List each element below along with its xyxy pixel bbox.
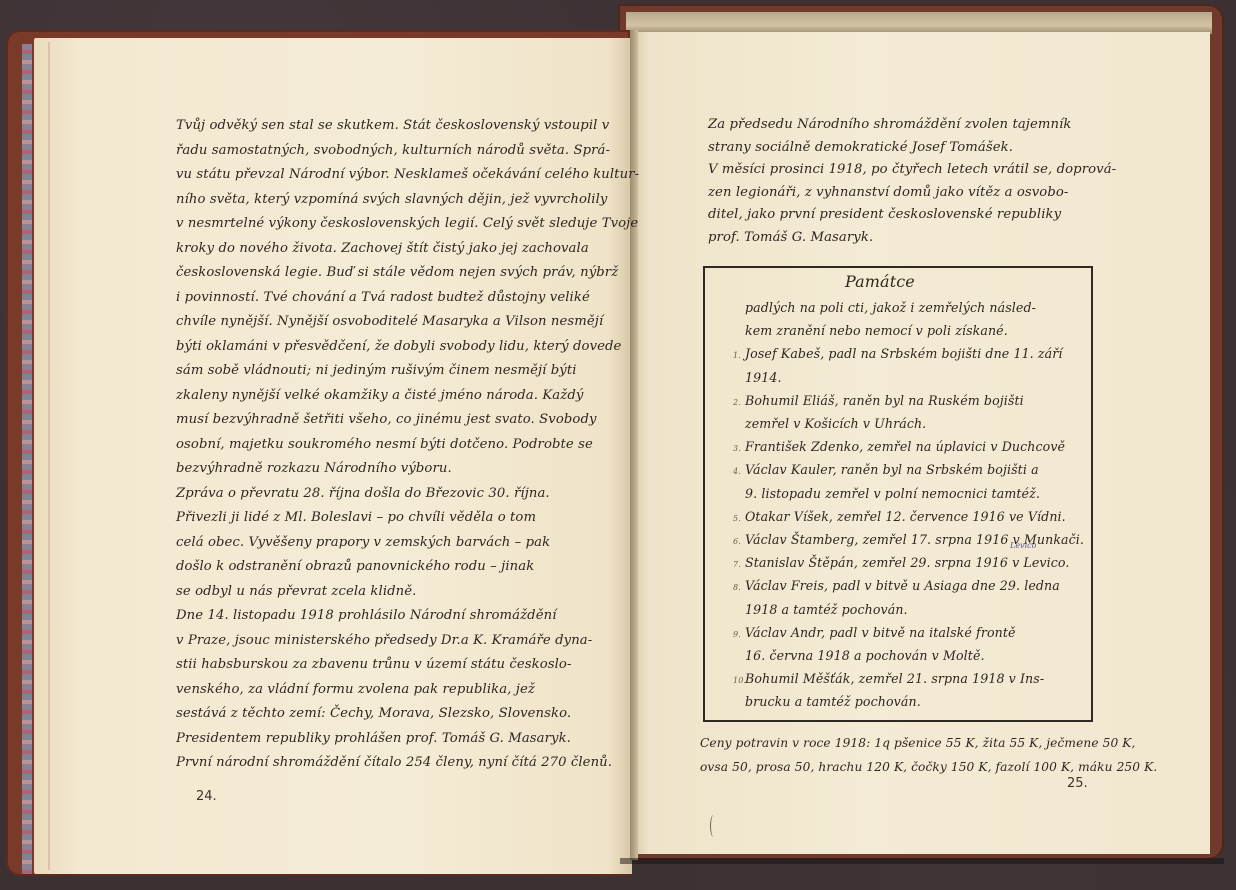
left-page-number: 24. [196,789,217,804]
text-line: stii habsburskou za zbavenu trůnu v územ… [176,653,596,678]
memorial-subtitle: kem zranění nebo nemocí v poli získané. [745,319,1090,342]
text-line: sám sobě vládnouti; ni jediným rušivým č… [176,359,596,384]
page-shadow [620,858,1224,864]
text-line: kroky do nového života. Zachovej štít či… [176,237,596,262]
entry-continuation: 1914. [745,366,1090,389]
text-line: ního světa, který vzpomíná svých slavnýc… [176,188,596,213]
text-line: Dne 14. listopadu 1918 prohlásilo Národn… [176,604,596,629]
entry-number: 1. [733,344,741,367]
entry-text: František Zdenko, zemřel na úplavici v D… [745,439,1065,454]
left-page-text: Tvůj odvěký sen stal se skutkem. Stát če… [176,114,596,776]
memorial-entry: 8.Václav Freis, padl v bitvě u Asiaga dn… [745,574,1090,597]
entry-text: Václav Andr, padl v bitvě na italské fro… [745,625,1016,640]
pencil-annotation: Levico [1010,541,1036,550]
entry-number: 4. [733,460,741,483]
right-page-intro: Za předsedu Národního shromáždění zvolen… [708,114,1128,249]
text-line: Přivezli ji lidé z Ml. Boleslavi – po ch… [176,506,596,531]
text-line: osobní, majetku soukromého nesmí býti do… [176,433,596,458]
entry-number: 9. [733,623,741,646]
pencil-mark [710,815,717,837]
text-line: prof. Tomáš G. Masaryk. [708,227,1128,250]
text-line: V měsíci prosinci 1918, po čtyřech letec… [708,159,1128,182]
entry-continuation: 9. listopadu zemřel v polní nemocnici ta… [745,482,1090,505]
text-line: došlo k odstranění obrazů panovnického r… [176,555,596,580]
right-page-number: 25. [1067,776,1088,791]
entry-number: 7. [733,553,741,576]
entry-text: Josef Kabeš, padl na Srbském bojišti dne… [745,346,1062,361]
memorial-list: padlých na poli cti, jakož i zemřelých n… [745,296,1090,714]
entry-continuation: zemřel v Košicích v Uhrách. [745,412,1090,435]
text-line: československá legie. Buď si stále vědom… [176,261,596,286]
text-line: vu státu převzal Národní výbor. Nesklame… [176,163,596,188]
memorial-entry: 7.Stanislav Štěpán, zemřel 29. srpna 191… [745,551,1090,574]
text-line: Presidentem republiky prohlášen prof. To… [176,727,596,752]
memorial-entry: 3.František Zdenko, zemřel na úplavici v… [745,435,1090,458]
entry-number: 2. [733,391,741,414]
memorial-subtitle: padlých na poli cti, jakož i zemřelých n… [745,296,1090,319]
text-line: ovsa 50, prosa 50, hrachu 120 K, čočky 1… [700,755,1120,779]
text-line: Zpráva o převratu 28. října došla do Bře… [176,482,596,507]
memorial-entry: 4.Václav Kauler, raněn byl na Srbském bo… [745,458,1090,481]
text-line: Za předsedu Národního shromáždění zvolen… [708,114,1128,137]
entry-continuation: 16. června 1918 a pochován v Moltě. [745,644,1090,667]
text-line: Tvůj odvěký sen stal se skutkem. Stát če… [176,114,596,139]
memorial-entry: 10.Bohumil Měšťák, zemřel 21. srpna 1918… [745,667,1090,690]
text-line: v Praze, jsouc ministerského předsedy Dr… [176,629,596,654]
text-line: celá obec. Vyvěšeny prapory v zemských b… [176,531,596,556]
entry-continuation: brucku a tamtéž pochován. [745,690,1090,713]
text-line: musí bezvýhradně šetřiti všeho, co jiném… [176,408,596,433]
entry-number: 5. [733,507,741,530]
text-line: zen legionáři, z vyhnanství domů jako ví… [708,182,1128,205]
book-gutter [630,30,638,860]
memorial-entry: 6.Václav Štamberg, zemřel 17. srpna 1916… [745,528,1090,551]
text-line: se odbyl u nás převrat zcela klidně. [176,580,596,605]
text-line: Ceny potravin v roce 1918: 1q pšenice 55… [700,731,1120,755]
entry-number: 8. [733,576,741,599]
text-line: zkaleny nynější velké okamžiky a čisté j… [176,384,596,409]
text-line: První národní shromáždění čítalo 254 čle… [176,751,596,776]
text-line: řadu samostatných, svobodných, kulturníc… [176,139,596,164]
text-line: chvíle nynější. Nynější osvoboditelé Mas… [176,310,596,335]
text-line: v nesmrtelné výkony československých leg… [176,212,596,237]
entry-text: Bohumil Eliáš, raněn byl na Ruském bojiš… [745,393,1024,408]
entry-number: 3. [733,437,741,460]
page-edge-line [48,42,50,870]
entry-text: Bohumil Měšťák, zemřel 21. srpna 1918 v … [745,671,1044,686]
memorial-entry: 1.Josef Kabeš, padl na Srbském bojišti d… [745,342,1090,365]
text-line: bezvýhradně rozkazu Národního výboru. [176,457,596,482]
memorial-entry: 5.Otakar Víšek, zemřel 12. července 1916… [745,505,1090,528]
text-line: ditel, jako první president českoslovens… [708,204,1128,227]
entry-text: Václav Freis, padl v bitvě u Asiaga dne … [745,578,1060,593]
entry-number: 10. [733,669,746,692]
marbled-endpaper [22,44,32,874]
entry-text: Václav Kauler, raněn byl na Srbském boji… [745,462,1039,477]
memorial-entry: 2.Bohumil Eliáš, raněn byl na Ruském boj… [745,389,1090,412]
memorial-entry: 9.Václav Andr, padl v bitvě na italské f… [745,621,1090,644]
text-line: býti oklamáni v přesvědčení, že dobyli s… [176,335,596,360]
entry-number: 6. [733,530,741,553]
entry-continuation: 1918 a tamtéž pochován. [745,598,1090,621]
text-line: strany sociálně demokratické Josef Tomáš… [708,137,1128,160]
text-line: i povinností. Tvé chování a Tvá radost b… [176,286,596,311]
text-line: venského, za vládní formu zvolena pak re… [176,678,596,703]
entry-text: Otakar Víšek, zemřel 12. července 1916 v… [745,509,1066,524]
entry-text: Stanislav Štěpán, zemřel 29. srpna 1916 … [745,555,1069,570]
text-line: sestává z těchto zemí: Čechy, Morava, Sl… [176,702,596,727]
food-prices: Ceny potravin v roce 1918: 1q pšenice 55… [700,731,1120,779]
page-stack-edge [626,12,1212,34]
memorial-title: Památce [845,270,915,295]
